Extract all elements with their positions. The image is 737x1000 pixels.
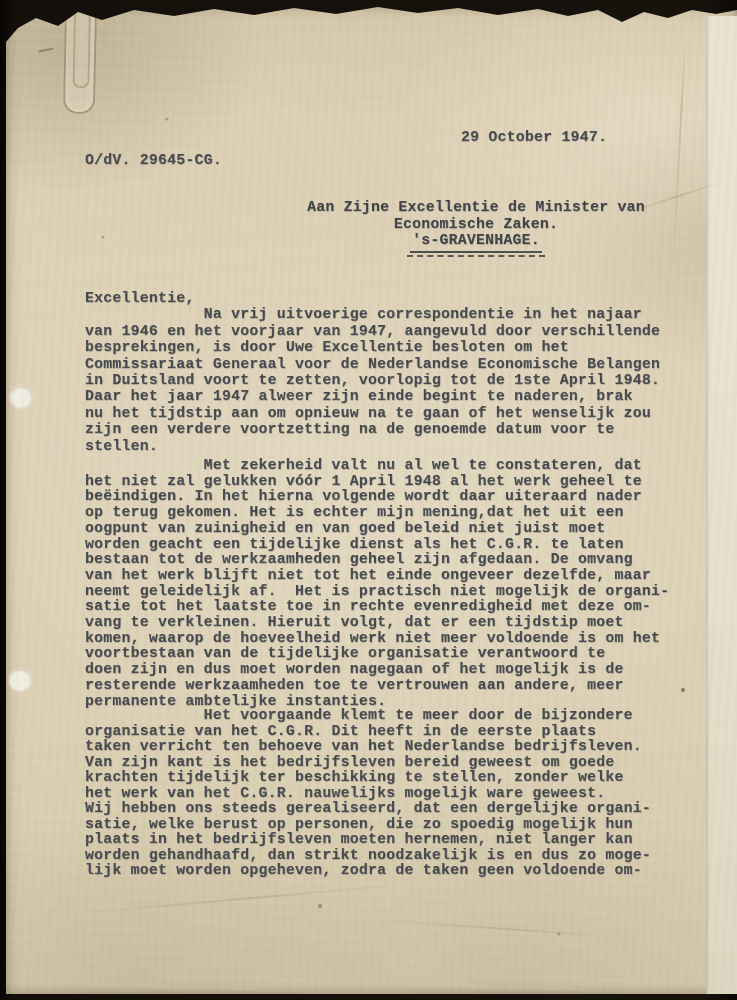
recipient-line-2: Economische Zaken. [305, 217, 647, 234]
paper-specks [6, 0, 8, 2]
date-line: 29 October 1947. [461, 130, 607, 146]
pencil-mark [38, 47, 54, 52]
recipient-address: Aan Zijne Excellentie de Minister van Ec… [305, 200, 647, 253]
scanned-letter: 29 October 1947. O/dV. 29645-CG. Aan Zij… [0, 0, 737, 1000]
letter-page: 29 October 1947. O/dV. 29645-CG. Aan Zij… [6, 0, 737, 994]
paperclip-inner-loop [72, 0, 91, 88]
recipient-line-1: Aan Zijne Excellentie de Minister van [305, 200, 647, 217]
reference-number: O/dV. 29645-CG. [85, 153, 222, 169]
paragraph-3: Het voorgaande klemt te meer door de bij… [85, 709, 651, 880]
paper-crease [672, 36, 687, 276]
salutation-and-paragraph-1: Excellentie, Na vrij uitvoerige correspo… [85, 291, 660, 455]
recipient-city: 's-GRAVENHAGE. [410, 233, 542, 253]
paragraph-2: Met zekerheid valt nu al wel te constate… [85, 459, 669, 710]
paper-crease [77, 884, 406, 915]
punch-hole-top [10, 386, 32, 408]
paper-crease [366, 918, 645, 940]
punch-hole-bottom [9, 669, 31, 691]
recipient-line-3: 's-GRAVENHAGE. [305, 233, 647, 253]
page-edge-strip [706, 16, 737, 994]
paperclip-icon [59, 0, 104, 122]
